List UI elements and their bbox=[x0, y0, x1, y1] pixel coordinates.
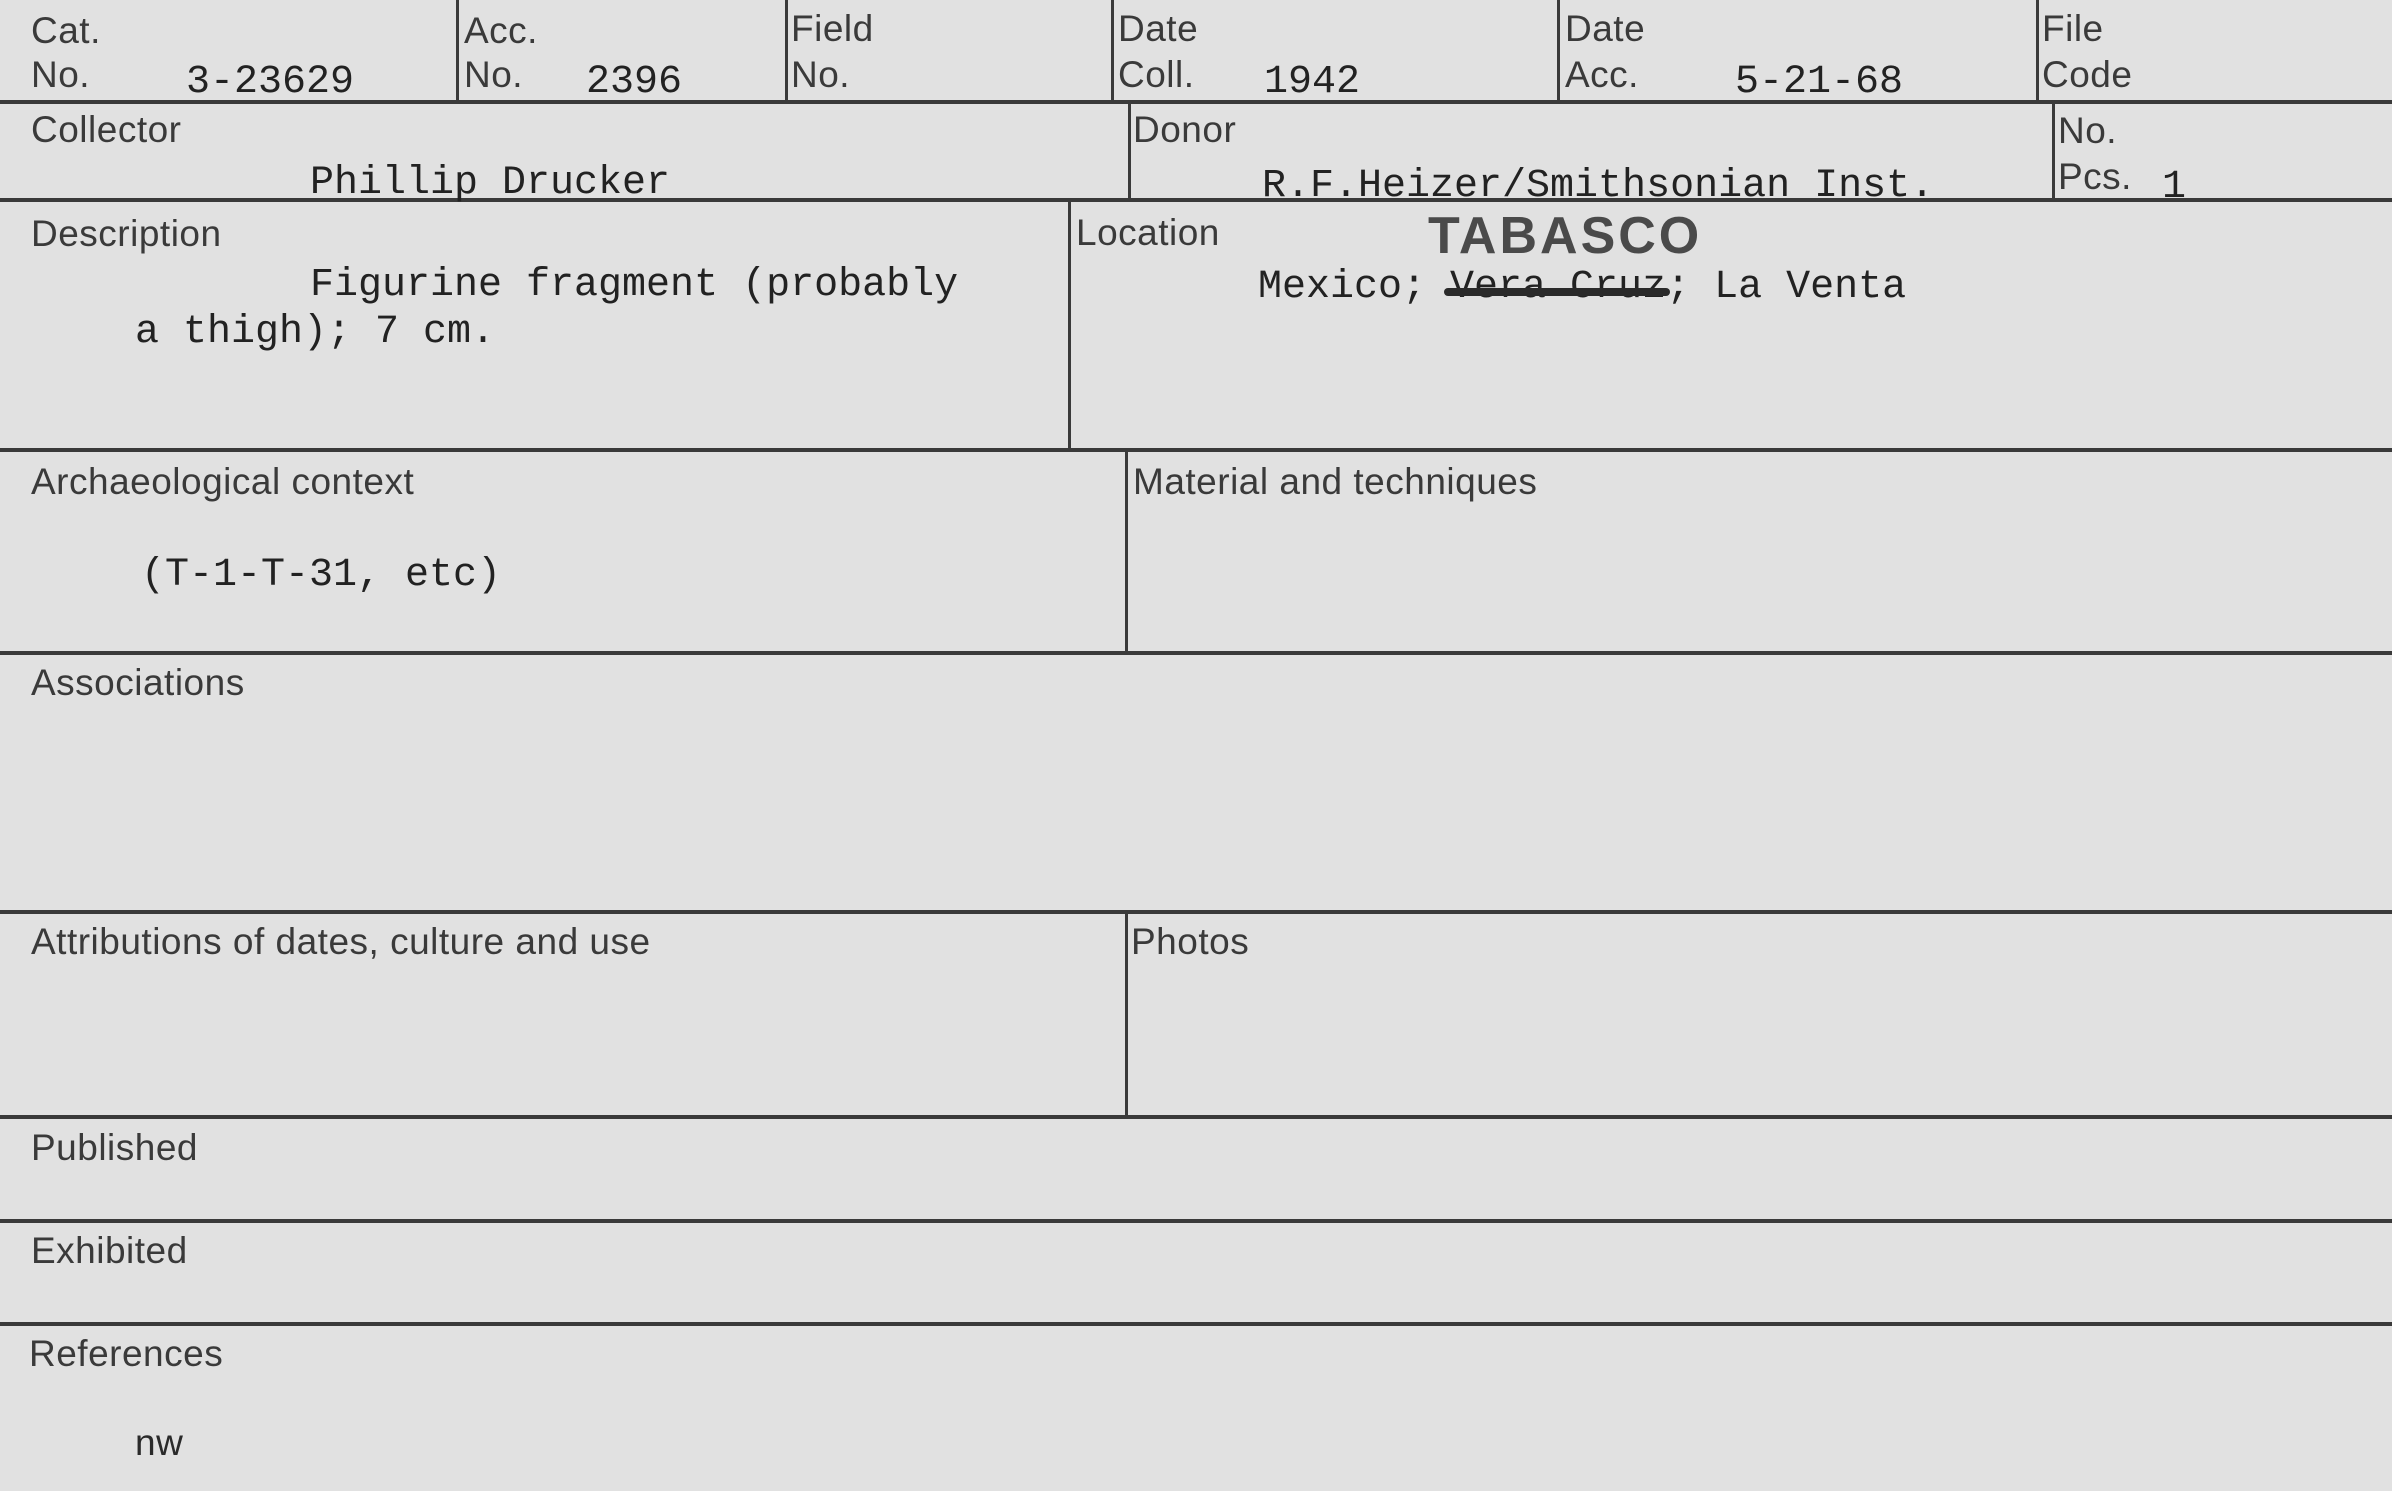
published-label: Published bbox=[31, 1129, 198, 1166]
rule-published-bottom bbox=[0, 1219, 2392, 1223]
rule-description-bottom bbox=[0, 448, 2392, 452]
collector-value: Phillip Drucker bbox=[310, 164, 670, 204]
field-label-1: Field bbox=[791, 10, 874, 47]
description-line-2: a thigh); 7 cm. bbox=[135, 313, 495, 353]
divider-acc-field bbox=[785, 0, 788, 102]
photos-label: Photos bbox=[1131, 923, 1249, 960]
location-part-2: ; La Venta bbox=[1666, 265, 1906, 310]
divider-dateacc-filecode bbox=[2036, 0, 2039, 102]
divider-context-material bbox=[1125, 448, 1128, 653]
collector-label: Collector bbox=[31, 111, 182, 148]
field-label-2: No. bbox=[791, 56, 850, 93]
divider-description-location bbox=[1068, 198, 1071, 450]
dateacc-label-2: Acc. bbox=[1565, 56, 1639, 93]
divider-datecoll-dateacc bbox=[1557, 0, 1560, 102]
context-label: Archaeological context bbox=[31, 463, 414, 500]
rule-associations-bottom bbox=[0, 910, 2392, 914]
references-value: nw bbox=[135, 1424, 183, 1461]
exhibited-label: Exhibited bbox=[31, 1232, 188, 1269]
material-label: Material and techniques bbox=[1133, 463, 1537, 500]
divider-field-datecoll bbox=[1111, 0, 1114, 102]
filecode-label-1: File bbox=[2042, 10, 2104, 47]
attributions-label: Attributions of dates, culture and use bbox=[31, 923, 651, 960]
acc-no-value: 2396 bbox=[586, 63, 682, 103]
location-label: Location bbox=[1076, 214, 1220, 251]
description-label: Description bbox=[31, 215, 222, 252]
location-value: Mexico; Vera Cruz; La Venta bbox=[1258, 268, 1906, 308]
description-line-1: Figurine fragment (probably bbox=[310, 266, 958, 306]
rule-header-bottom bbox=[0, 100, 2392, 104]
location-stamp-tabasco: TABASCO bbox=[1428, 210, 1702, 262]
acc-label-1: Acc. bbox=[464, 12, 538, 49]
date-coll-value: 1942 bbox=[1264, 63, 1360, 103]
pcs-value: 1 bbox=[2162, 168, 2186, 208]
donor-value: R.F.Heizer/Smithsonian Inst. bbox=[1262, 167, 1934, 207]
cat-label-1: Cat. bbox=[31, 12, 101, 49]
divider-attributions-photos bbox=[1125, 910, 1128, 1117]
divider-collector-donor bbox=[1128, 100, 1131, 200]
rule-context-bottom bbox=[0, 651, 2392, 655]
datecoll-label-1: Date bbox=[1118, 10, 1198, 47]
rule-attributions-bottom bbox=[0, 1115, 2392, 1119]
references-label: References bbox=[29, 1335, 223, 1372]
date-acc-value: 5-21-68 bbox=[1735, 63, 1903, 103]
acc-label-2: No. bbox=[464, 56, 523, 93]
cat-no-value: 3-23629 bbox=[186, 63, 354, 103]
location-part-1: Mexico; bbox=[1258, 265, 1450, 310]
divider-cat-acc bbox=[456, 0, 459, 102]
donor-label: Donor bbox=[1133, 111, 1236, 148]
dateacc-label-1: Date bbox=[1565, 10, 1645, 47]
pcs-label-1: No. bbox=[2058, 112, 2117, 149]
filecode-label-2: Code bbox=[2042, 56, 2132, 93]
datecoll-label-2: Coll. bbox=[1118, 56, 1195, 93]
location-struck-text: Vera Cruz bbox=[1450, 265, 1666, 310]
divider-donor-pcs bbox=[2052, 100, 2055, 200]
associations-label: Associations bbox=[31, 664, 245, 701]
pcs-label-2: Pcs. bbox=[2058, 158, 2132, 195]
rule-exhibited-bottom bbox=[0, 1322, 2392, 1326]
context-value: (T-1-T-31, etc) bbox=[141, 556, 501, 596]
cat-label-2: No. bbox=[31, 56, 90, 93]
